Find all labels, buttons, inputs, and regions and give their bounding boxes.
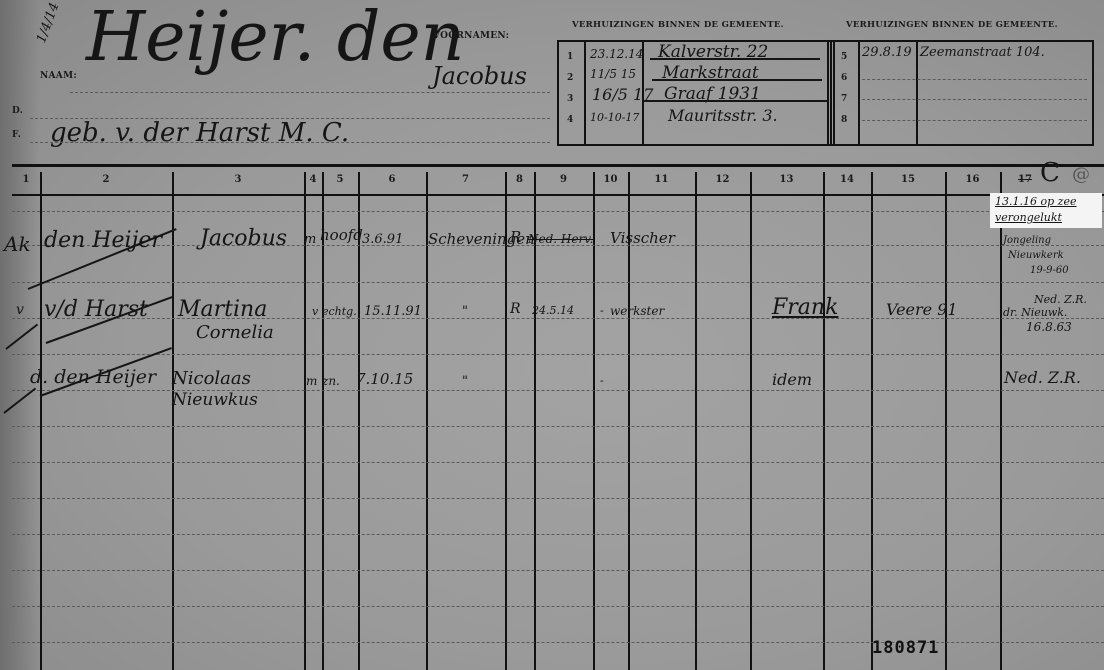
voornamen-label: VOORNAMEN: — [433, 31, 509, 41]
col-header-10: 10 — [593, 174, 628, 185]
moves-left-title: VERHUIZINGEN BINNEN DE GEMEENTE. — [572, 20, 784, 30]
row2-col1: v — [16, 302, 24, 318]
naam-label: NAAM: — [40, 71, 77, 81]
row1-note-line3: 19-9-60 — [1030, 265, 1069, 276]
row3-firstname-2: Nieuwkus — [172, 390, 258, 410]
col-17-mark: C — [1040, 158, 1060, 188]
col-header-6: 6 — [358, 174, 426, 185]
row2-col10: - — [600, 304, 604, 317]
col-header-5: 5 — [322, 174, 358, 185]
col-header-11: 11 — [628, 174, 695, 185]
col-header-1: 1 — [12, 174, 40, 185]
card-stamp-number: 180871 — [872, 638, 939, 658]
col-17-extra-mark: @ — [1072, 164, 1090, 185]
row1-relation: hoofd — [320, 226, 363, 244]
row2-sex: v — [312, 305, 318, 318]
row1-remark-line2: verongelukt — [995, 211, 1062, 224]
row3-note-line1: Ned. Z.R. — [1004, 368, 1081, 387]
row2-relation: echtg. — [322, 305, 357, 318]
corner-note: 1/4/14 — [34, 1, 62, 45]
col-header-14: 14 — [823, 174, 871, 185]
row3-sex: m — [306, 374, 317, 388]
row3-col13: idem — [772, 370, 812, 389]
voornamen-value: Jacobus — [432, 62, 527, 90]
row1-occupation: Visscher — [610, 229, 675, 247]
row2-col15: Veere 91 — [886, 300, 958, 319]
f-label: F. — [12, 130, 21, 140]
col-header-13: 13 — [750, 174, 823, 185]
row1-religion: Ned. Herv. — [528, 232, 593, 246]
row1-note-line1: Jongeling — [1003, 235, 1051, 246]
row1-col1: Ak — [4, 232, 31, 256]
row3-relation: zn. — [322, 374, 340, 388]
row2-occupation: werkster — [610, 304, 664, 318]
row1-sex: m — [304, 232, 316, 247]
col-header-12: 12 — [695, 174, 750, 185]
moves-right-title: VERHUIZINGEN BINNEN DE GEMEENTE. — [846, 20, 1058, 30]
row1-note-line2: Nieuwkerk — [1008, 250, 1064, 261]
col-header-8: 8 — [505, 174, 534, 185]
row1-col8: R — [510, 228, 521, 246]
row3-firstname: Nicolaas — [172, 368, 251, 389]
row2-note-line3: 16.8.63 — [1026, 320, 1072, 334]
row2-note-line1: Ned. Z.R. — [1034, 293, 1087, 306]
registration-card: 1/4/14 NAAM: D. F. Heijer. den geb. v. d… — [0, 0, 1104, 670]
col-header-3: 3 — [172, 174, 304, 185]
row2-birthplace: " — [462, 304, 468, 319]
row3-col10: - — [600, 374, 604, 387]
row2-firstname: Martina — [178, 297, 267, 322]
row2-note-line2: dr. Nieuwk. — [1003, 306, 1067, 319]
row1-firstname: Jacobus — [200, 226, 287, 251]
col-header-9: 9 — [534, 174, 593, 185]
col-header-4: 4 — [304, 174, 322, 185]
row1-birthdate: 3.6.91 — [362, 232, 403, 247]
row3-birthdate: 7.10.15 — [356, 370, 413, 388]
col-header-15: 15 — [871, 174, 945, 185]
spouse-line: geb. v. der Harst M. C. — [50, 118, 349, 148]
col-header-2: 2 — [40, 174, 172, 185]
surname: Heijer. den — [86, 4, 464, 72]
col-header-7: 7 — [426, 174, 505, 185]
row2-col8: R — [510, 301, 521, 317]
row1-remark-line1: 13.1.16 op zee — [995, 195, 1076, 208]
col-header-16: 16 — [945, 174, 1000, 185]
row2-col13: Frank — [772, 295, 838, 320]
row2-firstname-2: Cornelia — [196, 322, 274, 343]
d-label: D. — [12, 106, 23, 116]
row3-birthplace: " — [462, 374, 468, 389]
row2-birthdate: 15.11.91 — [364, 304, 422, 319]
row2-religion: 24.5.14 — [532, 304, 574, 317]
